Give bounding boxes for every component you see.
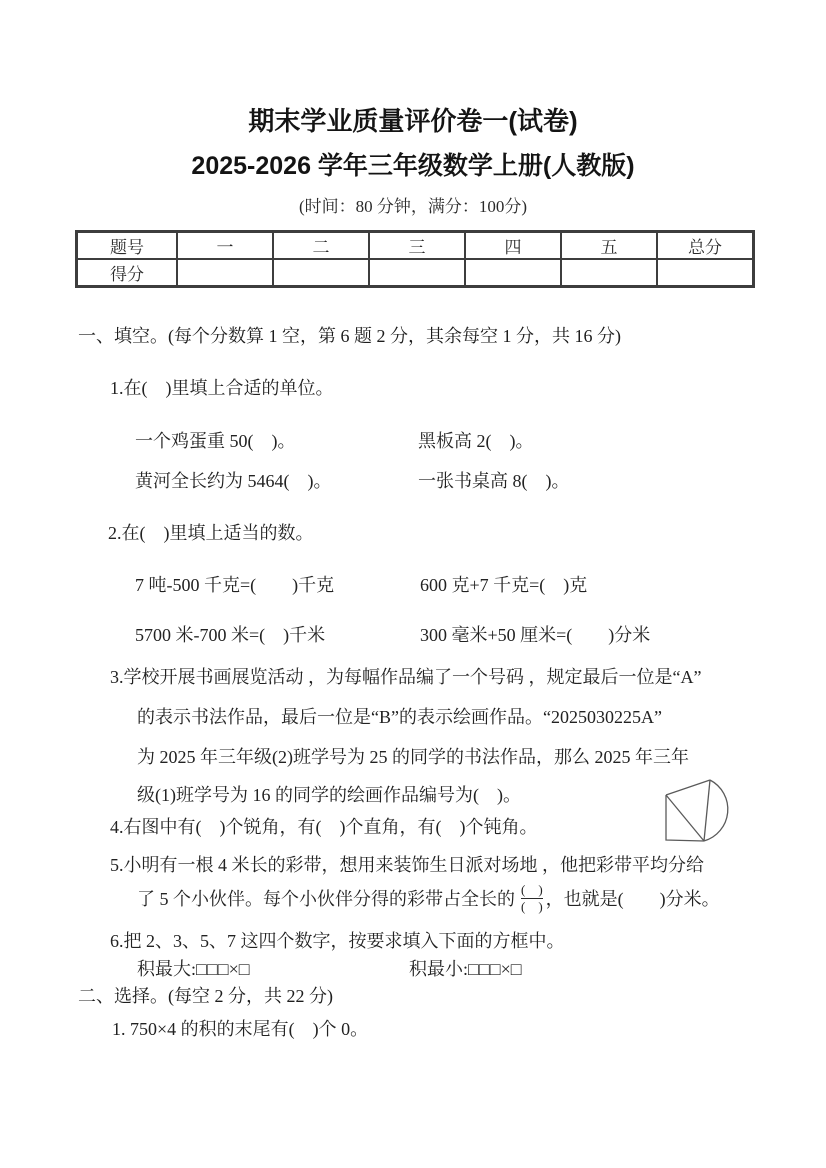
score-table-col-4: 四 — [465, 232, 561, 259]
q3-line3: 为 2025 年三年级(2)班学号为 25 的同学的书法作品，那么 2025 年… — [137, 746, 689, 768]
q5-line2-pre: 了 5 个小伙伴。每个小伙伴分得的彩带占全长的 — [137, 888, 515, 910]
q2-row1-left: 7 吨-500 千克=( )千克 — [135, 574, 334, 596]
q6-text: 6.把 2、3、5、7 这四个数字，按要求填入下面的方框中。 — [110, 930, 565, 952]
q3-line2: 的表示书法作品，最后一位是“B”的表示绘画作品。“2025030225A” — [137, 706, 662, 728]
score-table-col-2: 二 — [273, 232, 369, 259]
score-table: 题号 一 二 三 四 五 总分 得分 — [75, 230, 755, 288]
q1-row2-right: 一张书桌高 8( )。 — [418, 470, 570, 492]
score-cell-2 — [273, 259, 369, 286]
score-table-row-label: 得分 — [77, 259, 177, 286]
score-table-score-row: 得分 — [77, 259, 753, 286]
q5-fraction: ( ) ( ) — [521, 882, 543, 916]
paper-subtitle: 2025-2026 学年三年级数学上册(人教版) — [0, 146, 826, 182]
score-table-header-label: 题号 — [77, 232, 177, 259]
q3-line4: 级(1)班学号为 16 的同学的绘画作品编号为( )。 — [137, 784, 521, 806]
q5-line2-post: ，也就是( )分米。 — [546, 888, 720, 910]
q6-min-label: 积最小:□□□×□ — [409, 958, 522, 980]
q1-row2-left: 黄河全长约为 5464( )。 — [135, 470, 332, 492]
score-cell-5 — [561, 259, 657, 286]
angles-figure — [658, 770, 742, 848]
score-cell-total — [657, 259, 753, 286]
q4-text: 4.右图中有( )个锐角，有( )个直角，有( )个钝角。 — [110, 816, 537, 838]
q2-row2-left: 5700 米-700 米=( )千米 — [135, 624, 325, 646]
q2-row1-right: 600 克+7 千克=( )克 — [420, 574, 587, 596]
score-cell-4 — [465, 259, 561, 286]
paper-info-line: (时间：80 分钟，满分：100分) — [0, 192, 826, 217]
q1-row1-right: 黑板高 2( )。 — [418, 430, 534, 452]
score-cell-3 — [369, 259, 465, 286]
section2-heading: 二、选择。(每空 2 分，共 22 分) — [78, 985, 333, 1007]
q2-text: 2.在( )里填上适当的数。 — [108, 522, 314, 544]
q1-text: 1.在( )里填上合适的单位。 — [110, 377, 334, 399]
section2-q1-text: 1. 750×4 的积的末尾有( )个 0。 — [112, 1018, 368, 1040]
score-table-col-5: 五 — [561, 232, 657, 259]
q6-max-label: 积最大:□□□×□ — [137, 958, 250, 980]
q1-row1-left: 一个鸡蛋重 50( )。 — [135, 430, 296, 452]
section1-heading: 一、填空。(每个分数算 1 空，第 6 题 2 分，其余每空 1 分，共 16 … — [78, 325, 621, 347]
paper-title: 期末学业质量评价卷一(试卷) — [0, 101, 826, 138]
score-table-col-1: 一 — [177, 232, 273, 259]
q2-row2-right: 300 毫米+50 厘米=( )分米 — [420, 624, 650, 646]
score-table-header-row: 题号 一 二 三 四 五 总分 — [77, 232, 753, 259]
exam-paper-page: 期末学业质量评价卷一(试卷) 2025-2026 学年三年级数学上册(人教版) … — [0, 0, 826, 1168]
q5-fraction-numerator: ( ) — [521, 882, 543, 898]
q5-line2: 了 5 个小伙伴。每个小伙伴分得的彩带占全长的 ( ) ( ) ，也就是( )分… — [137, 882, 720, 916]
score-table-col-3: 三 — [369, 232, 465, 259]
q3-line1: 3.学校开展书画展览活动 ，为每幅作品编了一个号码 ，规定最后一位是“A” — [110, 666, 701, 688]
score-cell-1 — [177, 259, 273, 286]
score-table-col-total: 总分 — [657, 232, 753, 259]
q5-fraction-denominator: ( ) — [521, 898, 543, 915]
q5-line1: 5.小明有一根 4 米长的彩带，想用来装饰生日派对场地 ，他把彩带平均分给 — [110, 854, 704, 876]
